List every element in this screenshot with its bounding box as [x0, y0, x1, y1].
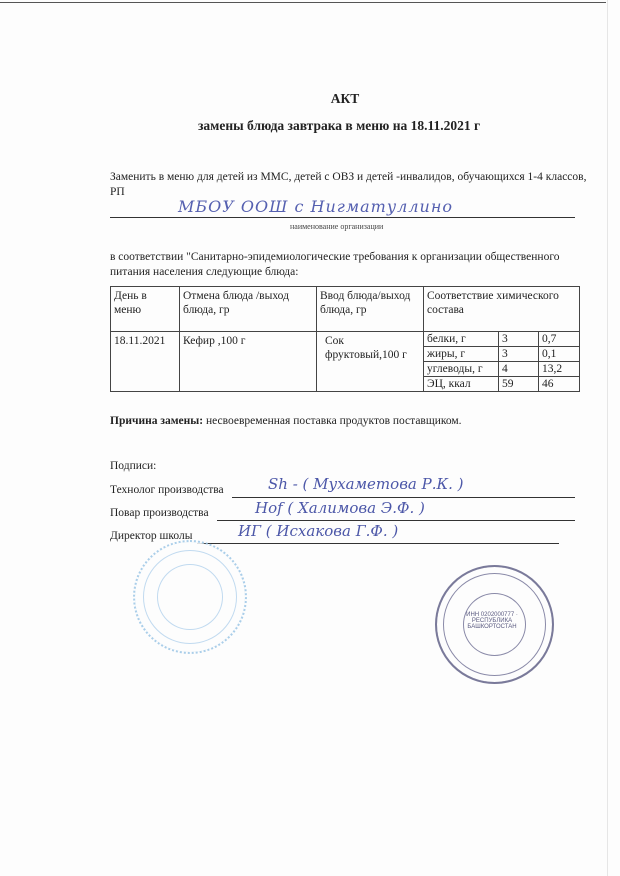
nutrient-table: белки, г 3 0,7 жиры, г 3 0,1 углеводы, г…	[424, 332, 579, 391]
signature-role-technologist: Технолог производства	[110, 484, 224, 496]
nutrient-old: 59	[499, 377, 539, 392]
signature-director: ИГ ( Исхакова Г.Ф. )	[238, 522, 398, 540]
document-subtitle: замены блюда завтрака в меню на 18.11.20…	[198, 118, 480, 134]
table-header-row: День в меню Отмена блюда /выход блюда, г…	[111, 287, 580, 332]
organization-caption: наименование организации	[290, 222, 383, 231]
nutrient-new: 0,1	[539, 347, 580, 362]
nutrient-name: углеводы, г	[424, 362, 499, 377]
nutrient-old: 3	[499, 347, 539, 362]
nutrient-row: углеводы, г 4 13,2	[424, 362, 579, 377]
organization-handwritten: МБОУ ООШ с Нигматуллино	[178, 197, 453, 216]
cell-introduced: Сок фруктовый,100 г	[317, 332, 424, 392]
organization-underline	[110, 217, 575, 218]
cell-chemical: белки, г 3 0,7 жиры, г 3 0,1 углеводы, г…	[424, 332, 580, 392]
table-row: 18.11.2021 Кефир ,100 г Сок фруктовый,10…	[111, 332, 580, 392]
reason-text: несвоевременная поставка продуктов поста…	[203, 415, 461, 427]
header-introduced: Ввод блюда/выход блюда, гр	[317, 287, 424, 332]
signature-cook: Hof ( Халимова Э.Ф. )	[255, 499, 425, 517]
cell-day: 18.11.2021	[111, 332, 180, 392]
signature-role-cook: Повар производства	[110, 507, 209, 519]
replacement-table: День в меню Отмена блюда /выход блюда, г…	[110, 286, 580, 392]
signature-technologist: Sh - ( Мухаметова Р.К. )	[268, 475, 464, 493]
nutrient-row: белки, г 3 0,7	[424, 332, 579, 347]
nutrient-new: 0,7	[539, 332, 580, 347]
signatures-heading: Подписи:	[110, 460, 156, 472]
header-chemical: Соответствие химического состава	[424, 287, 580, 332]
nutrient-row: жиры, г 3 0,1	[424, 347, 579, 362]
nutrient-name: ЭЦ, ккал	[424, 377, 499, 392]
header-cancelled: Отмена блюда /выход блюда, гр	[180, 287, 317, 332]
nutrient-new: 13,2	[539, 362, 580, 377]
nutrient-old: 4	[499, 362, 539, 377]
header-day: День в меню	[111, 287, 180, 332]
compliance-paragraph: в соответствии "Санитарно-эпидемиологиче…	[110, 250, 595, 280]
signature-line	[232, 497, 575, 498]
scan-edge-line	[0, 2, 606, 3]
seal-text: ИНН 0202000777 · РЕСПУБЛИКА БАШКОРТОСТАН	[452, 612, 532, 630]
document-title: АКТ	[0, 91, 620, 107]
intro-paragraph: Заменить в меню для детей из ММС, детей …	[110, 170, 595, 200]
school-stamp-left	[133, 540, 247, 654]
signature-line	[217, 520, 575, 521]
cell-cancelled: Кефир ,100 г	[180, 332, 317, 392]
signature-line	[197, 543, 559, 544]
nutrient-new: 46	[539, 377, 580, 392]
replacement-reason: Причина замены: несвоевременная поставка…	[110, 415, 462, 427]
nutrient-name: жиры, г	[424, 347, 499, 362]
scan-edge-right	[607, 0, 608, 876]
nutrient-name: белки, г	[424, 332, 499, 347]
nutrient-old: 3	[499, 332, 539, 347]
reason-label: Причина замены:	[110, 415, 203, 427]
nutrient-row: ЭЦ, ккал 59 46	[424, 377, 579, 392]
